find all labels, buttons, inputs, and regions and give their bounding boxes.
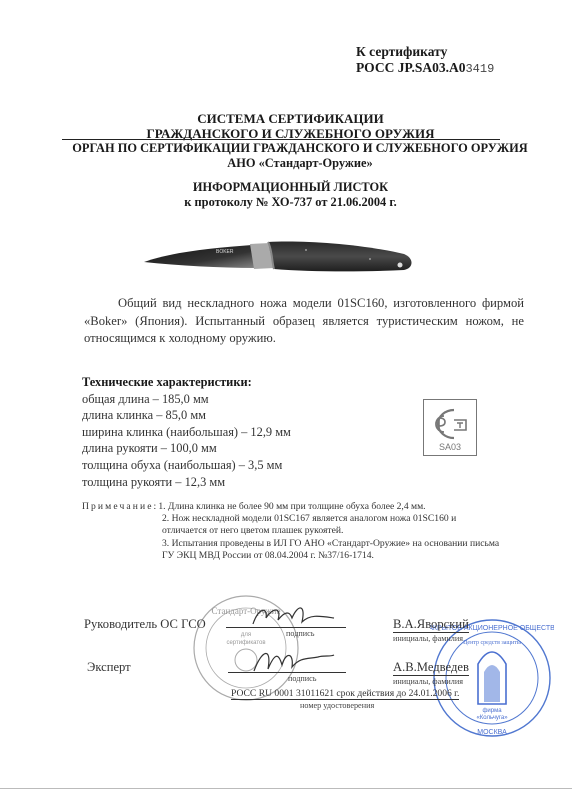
- head-signature: [248, 600, 338, 630]
- expert-role-label: Эксперт: [87, 660, 131, 675]
- document-title-main: ИНФОРМАЦИОННЫЙ ЛИСТОК: [0, 180, 581, 195]
- protocol-reference: к протоколу № ХО-737 от 21.06.2004 г.: [0, 195, 581, 210]
- technical-specs: Технические характеристики: общая длина …: [82, 374, 291, 490]
- spec-item: толщина обуха (наибольшая) – 3,5 мм: [82, 457, 291, 474]
- spec-item: толщина рукояти – 12,3 мм: [82, 474, 291, 491]
- expert-name-caption: инициалы, фамилия: [393, 677, 463, 686]
- reference-line2: РОСС JP.SA03.A03419: [356, 60, 494, 77]
- pct-mark-icon: SA03: [424, 400, 476, 455]
- head-name: В.А.Яворский: [393, 617, 469, 633]
- system-title: СИСТЕМА СЕРТИФИКАЦИИ ГРАЖДАНСКОГО И СЛУЖ…: [0, 111, 581, 141]
- expert-signature: [248, 645, 338, 677]
- spec-item: длина клинка – 85,0 мм: [82, 407, 291, 424]
- knife-photo: BOKER: [142, 228, 422, 278]
- notes-label: Примечание:: [82, 501, 158, 512]
- certificate-reference: К сертификату РОСС JP.SA03.A03419: [356, 44, 494, 77]
- scan-bottom-edge: [0, 788, 572, 789]
- document-title: ИНФОРМАЦИОННЫЙ ЛИСТОК к протоколу № ХО-7…: [0, 180, 581, 210]
- certificate-number-caption: номер удостоверения: [300, 701, 374, 710]
- head-signature-caption: подпись: [286, 629, 315, 638]
- description-paragraph: Общий вид нескладного ножа модели 01SC16…: [84, 295, 524, 348]
- certificate-number-line: РОСС RU 0001 31011621 срок действия до 2…: [231, 688, 459, 700]
- head-name-caption: инициалы, фамилия: [393, 634, 463, 643]
- svg-text:для: для: [241, 632, 251, 638]
- spec-item: длина рукояти – 100,0 мм: [82, 440, 291, 457]
- header-divider: [62, 139, 500, 140]
- reference-number: 3419: [465, 62, 494, 76]
- spec-item: ширина клинка (наибольшая) – 12,9 мм: [82, 424, 291, 441]
- spec-item: общая длина – 185,0 мм: [82, 391, 291, 408]
- note-item: ГУ ЭКЦ МВД России от 08.04.2004 г. №37/1…: [82, 550, 499, 562]
- svg-text:фирма: фирма: [482, 708, 502, 714]
- svg-text:МОСКВА: МОСКВА: [477, 729, 507, 736]
- head-role-label: Руководитель ОС ГСО: [84, 617, 206, 632]
- svg-text:Центр средств защиты: Центр средств защиты: [463, 640, 521, 646]
- reference-prefix: РОСС JP.SA03.A0: [356, 60, 465, 75]
- note-item: 1. Длина клинка не более 90 мм при толщи…: [158, 501, 425, 512]
- expert-signature-caption: подпись: [288, 674, 317, 683]
- organ-title-line2: АНО «Стандарт-Оружие»: [40, 156, 560, 171]
- system-title-line1: СИСТЕМА СЕРТИФИКАЦИИ: [0, 111, 581, 126]
- certification-mark: SA03: [423, 399, 477, 456]
- blade-marking: BOKER: [216, 249, 234, 255]
- specs-title: Технические характеристики:: [82, 374, 291, 391]
- reference-line1: К сертификату: [356, 44, 494, 60]
- organ-title: ОРГАН ПО СЕРТИФИКАЦИИ ГРАЖДАНСКОГО И СЛУ…: [40, 141, 560, 171]
- description-text: Общий вид нескладного ножа модели 01SC16…: [84, 296, 524, 345]
- mark-code: SA03: [439, 442, 461, 452]
- note-item: 3. Испытания проведены в ИЛ ГО АНО «Стан…: [82, 538, 499, 550]
- notes-section: Примечание:1. Длина клинка не более 90 м…: [82, 501, 499, 562]
- note-item: отличается от него цветом плашек рукояте…: [82, 525, 499, 537]
- svg-text:«Кольчуга»: «Кольчуга»: [476, 715, 508, 721]
- expert-name: А.В.Медведев: [393, 660, 469, 676]
- note-item: 2. Нож нескладной модели 01SC167 являетс…: [82, 513, 499, 525]
- organ-title-line1: ОРГАН ПО СЕРТИФИКАЦИИ ГРАЖДАНСКОГО И СЛУ…: [40, 141, 560, 156]
